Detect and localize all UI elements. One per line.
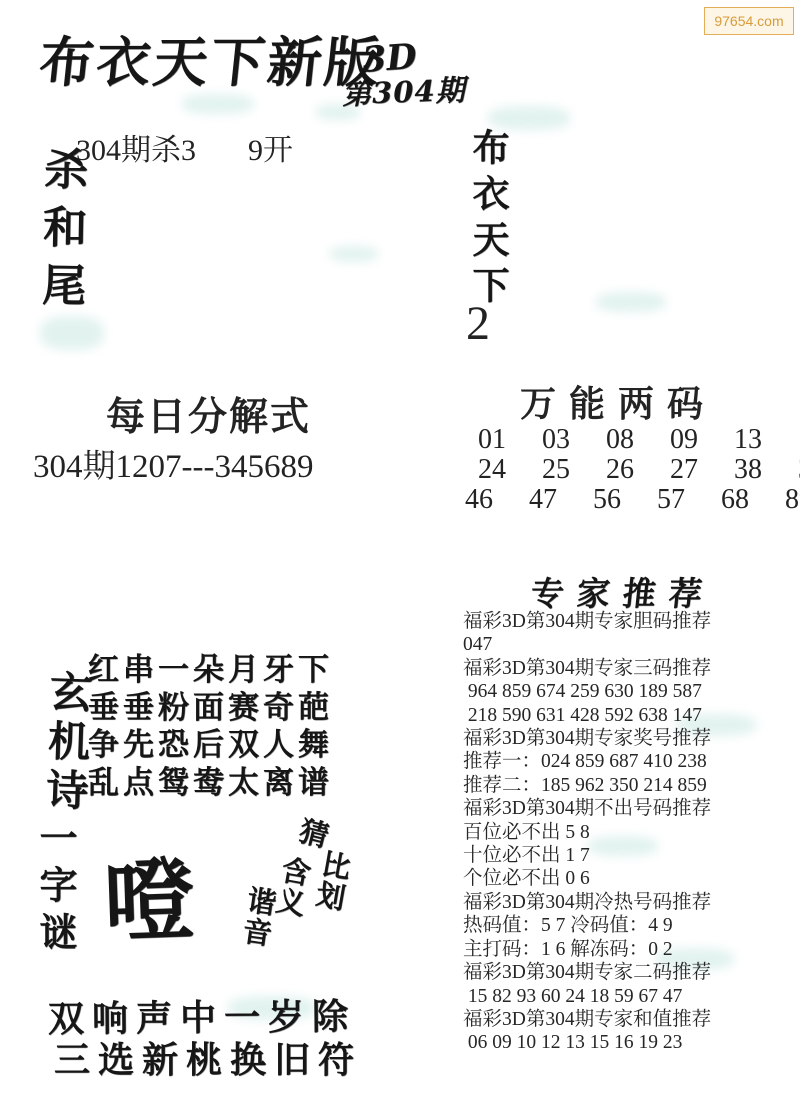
expert-line: 推荐一：024 859 687 410 238 — [463, 750, 798, 773]
expert-line: 百位必不出 5 8 — [463, 821, 798, 844]
expert-line: 个位必不出 0 6 — [463, 867, 798, 890]
poem-line: 垂垂粉面赛奇葩 — [88, 690, 333, 728]
expert-line: 福彩3D第304期专家二码推荐 — [463, 961, 798, 984]
kill-open-text: 9开 — [248, 134, 293, 167]
expert-recommendation-title: 专家推荐 — [529, 568, 718, 615]
expert-line: 主打码：1 6 解冻码：0 2 — [463, 938, 798, 961]
expert-line: 十位必不出 1 7 — [463, 844, 798, 867]
expert-line: 福彩3D第304期不出号码推荐 — [463, 797, 798, 820]
riddle-hint-homophone: 谐音 — [234, 883, 283, 950]
lottery-sheet-page: 97654.com 布衣天下新版 3D 第304期 304期杀39开 杀和尾 布… — [0, 0, 800, 1116]
daily-decomposition-title: 每日分解式 — [106, 386, 311, 442]
brand-number: 2 — [466, 296, 490, 351]
expert-line: 热码值：5 7 冷码值：4 9 — [463, 914, 798, 937]
kill-line: 304期杀39开 — [76, 125, 293, 169]
poem-line: 红串一朵月牙下 — [88, 652, 333, 690]
page-title: 布衣天下新版 — [36, 20, 386, 97]
expert-recommendation-list: 福彩3D第304期专家胆码推荐 047 福彩3D第304期专家三码推荐 964 … — [463, 610, 798, 1055]
watermark-blob — [40, 316, 104, 350]
expert-line: 福彩3D第304期专家奖号推荐 — [463, 727, 798, 750]
kill-sum-tail-label: 杀和尾 — [26, 145, 93, 320]
watermark-blob — [488, 106, 570, 130]
couplet-line: 三选新桃换旧符 — [54, 1032, 362, 1083]
expert-line: 福彩3D第304期专家和值推荐 — [463, 1008, 798, 1031]
expert-line: 福彩3D第304期专家三码推荐 — [463, 657, 798, 680]
watermark-blob — [596, 292, 666, 312]
issue-label: 第304期 — [341, 68, 466, 113]
poem-line: 争先恐后双人舞 — [88, 727, 333, 765]
poem-line: 乱点鸳鸯太离谱 — [88, 765, 333, 803]
daily-decomposition-formula: 304期1207---345689 — [33, 440, 313, 487]
expert-line: 964 859 674 259 630 189 587 — [463, 680, 798, 703]
two-codes-row: 24 25 26 27 38 39 45? — [478, 454, 800, 486]
expert-line: 推荐二：185 962 350 214 859 — [463, 774, 798, 797]
two-codes-title: 万能两码 — [520, 376, 716, 427]
expert-line: 福彩3D第304期专家胆码推荐 — [463, 610, 798, 633]
watermark-blob — [330, 246, 378, 262]
mystic-poem: 红串一朵月牙下 垂垂粉面赛奇葩 争先恐后双人舞 乱点鸳鸯太离谱 — [88, 652, 333, 802]
expert-line: 047 — [463, 633, 798, 656]
two-codes-row: 01 03 08 09 13 18 19? — [478, 424, 800, 456]
kill-text: 304期杀3 — [76, 134, 196, 167]
expert-line: 15 82 93 60 24 18 59 67 47 — [463, 985, 798, 1008]
two-codes-row: 46 47 56 57 68 89 — [465, 484, 800, 516]
riddle-label: 一字谜 — [28, 818, 83, 959]
brand-vertical-label: 布衣天下 — [461, 128, 515, 312]
expert-line: 福彩3D第304期冷热号码推荐 — [463, 891, 798, 914]
riddle-character: 噔 — [102, 854, 195, 947]
riddle-hint-gesture: 比划 — [307, 847, 358, 915]
watermark-blob — [182, 94, 254, 114]
site-badge[interactable]: 97654.com — [704, 7, 794, 35]
expert-line: 218 590 631 428 592 638 147 — [463, 704, 798, 727]
expert-line: 06 09 10 12 13 15 16 19 23 — [463, 1031, 798, 1054]
